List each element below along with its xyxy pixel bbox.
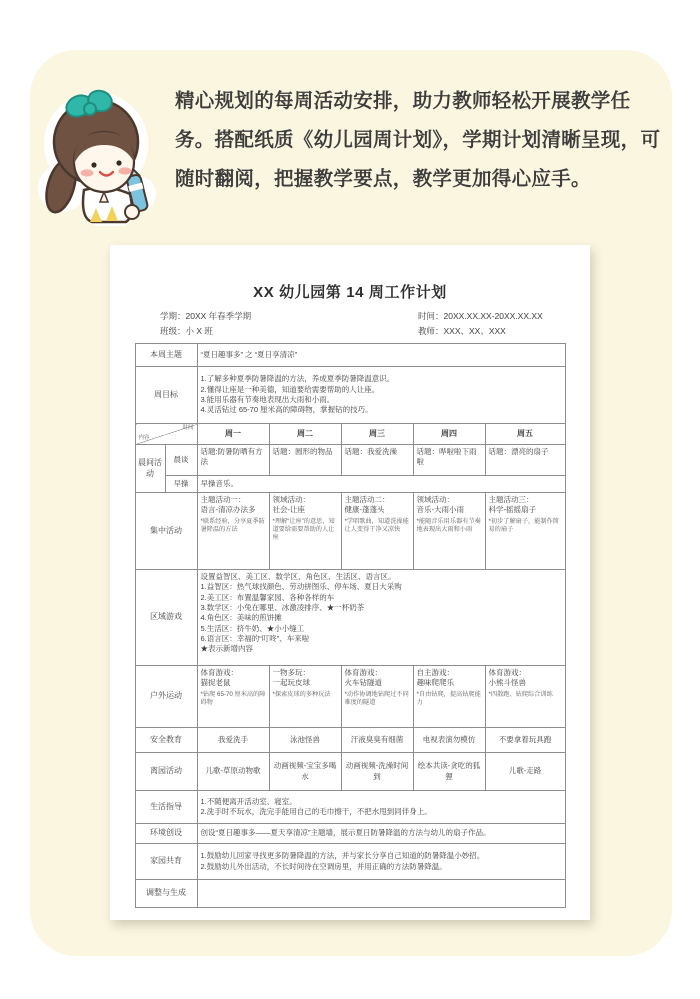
corner-header-cell: 时间 内容 — [135, 424, 197, 445]
cell-outdoor-tuesday: 一物多玩： 一起玩皮球 *探索皮球的多种玩法 — [269, 666, 341, 728]
day-header-wednesday: 周三 — [341, 424, 413, 445]
row-environment-setup: 环境创设 创设“夏日趣事多——夏天享清凉”主题墙，展示夏日防暑降温的方法与幼儿的… — [135, 824, 565, 844]
cell-focus-wednesday: 主题活动二： 健康-蓬蓬头 *学唱歌曲，知道洗澡能让人变得干净又凉快 — [341, 493, 413, 570]
focus-monday-title: 主题活动一： 语言-清凉办法多 — [201, 495, 266, 516]
document-meta: 学期：20XX 年春季学期 时间：20XX.XX.XX-20XX.XX.XX 班… — [110, 309, 590, 339]
focus-friday-note: *初步了解扇子，能制作简易的扇子 — [489, 518, 562, 534]
cell-safety-friday: 不要拿着玩具跑 — [485, 728, 565, 753]
sublabel-morning-exercise: 早操 — [165, 476, 197, 493]
outdoor-thursday-note: *自由钻爬，提高钻爬能力 — [417, 691, 482, 707]
focus-thursday-note: *能随音乐用乐器有节奏地表现出大雨和小雨 — [417, 518, 482, 534]
outdoor-thursday-title: 自主游戏： 趣味爬爬乐 — [417, 668, 482, 689]
girl-illustration-svg — [34, 84, 156, 226]
day-header-friday: 周五 — [485, 424, 565, 445]
cell-outdoor-monday: 体育游戏： 猫捉老鼠 *钻爬 65-70 厘米高的障碍物 — [197, 666, 269, 728]
label-life-guidance: 生活指导 — [135, 791, 197, 824]
cell-leave-tuesday: 动画视频-宝宝多喝水 — [269, 753, 341, 791]
row-week-theme: 本周主题 “夏日趣事多” 之 “夏日享清凉” — [135, 344, 565, 367]
label-morning-activity: 晨间活动 — [135, 445, 165, 493]
cell-chat-thursday: 话题：哗啦啦下雨啦 — [413, 445, 485, 476]
label-focus-activity: 集中活动 — [135, 493, 197, 570]
row-area-games: 区域游戏 设置益智区、美工区、数学区、角色区、生活区、语言区。 1.益智区：热气… — [135, 570, 565, 666]
cell-week-goals: 1.了解多种夏季防暑降温的方法，养成夏季防暑降温意识。 2.懂得让座是一种美德，… — [197, 367, 565, 424]
outdoor-tuesday-title: 一物多玩： 一起玩皮球 — [273, 668, 338, 689]
cell-outdoor-friday: 体育游戏： 小熊斗怪兽 *四散跑、钻爬综合训练 — [485, 666, 565, 728]
cell-focus-thursday: 领域活动： 音乐-大雨小雨 *能随音乐用乐器有节奏地表现出大雨和小雨 — [413, 493, 485, 570]
row-safety-education: 安全教育 我爱洗手 泳池怪兽 汗液臭臭有细菌 电视表演勿模仿 不要拿着玩具跑 — [135, 728, 565, 753]
day-header-thursday: 周四 — [413, 424, 485, 445]
cell-week-theme: “夏日趣事多” 之 “夏日享清凉” — [197, 344, 565, 367]
row-home-cooperation: 家园共育 1.鼓励幼儿回家寻找更多防暑降温的方法，并与家长分享自己知道的防暑降温… — [135, 844, 565, 880]
outdoor-monday-note: *钻爬 65-70 厘米高的障碍物 — [201, 691, 266, 707]
cell-adjustment — [197, 880, 565, 908]
sublabel-morning-chat: 晨谈 — [165, 445, 197, 476]
row-adjustment: 调整与生成 — [135, 880, 565, 908]
corner-label-content: 内容 — [139, 435, 150, 443]
cell-chat-tuesday: 话题：圆形的物品 — [269, 445, 341, 476]
cell-leave-friday: 儿歌-走路 — [485, 753, 565, 791]
label-safety-education: 安全教育 — [135, 728, 197, 753]
cell-life-guidance: 1.不随便离开活动室、寝室。 2.洗手时不玩水，洗完手能用自己的毛巾擦干，不把水… — [197, 791, 565, 824]
focus-monday-note: *联系经验，分享夏季防暑降温的方法 — [201, 518, 266, 534]
cell-leave-thursday: 绘本共读-贪吃的狐狸 — [413, 753, 485, 791]
row-outdoor-sports: 户外运动 体育游戏： 猫捉老鼠 *钻爬 65-70 厘米高的障碍物 一物多玩： … — [135, 666, 565, 728]
cell-safety-tuesday: 泳池怪兽 — [269, 728, 341, 753]
focus-tuesday-title: 领域活动： 社会-让座 — [273, 495, 338, 516]
cell-home-cooperation: 1.鼓励幼儿回家寻找更多防暑降温的方法，并与家长分享自己知道的防暑降温小妙招。 … — [197, 844, 565, 880]
row-life-guidance: 生活指导 1.不随便离开活动室、寝室。 2.洗手时不玩水，洗完手能用自己的毛巾擦… — [135, 791, 565, 824]
row-morning-exercise: 早操 早操音乐。 — [135, 476, 565, 493]
cell-chat-monday: 话题:防暑防晒有方法 — [197, 445, 269, 476]
cell-safety-wednesday: 汗液臭臭有细菌 — [341, 728, 413, 753]
cell-safety-monday: 我爱洗手 — [197, 728, 269, 753]
document-title: XX 幼儿园第 14 周工作计划 — [110, 284, 590, 302]
cell-leave-monday: 儿歌-草原动物歌 — [197, 753, 269, 791]
cell-chat-wednesday: 话题：我爱洗澡 — [341, 445, 413, 476]
focus-thursday-title: 领域活动： 音乐-大雨小雨 — [417, 495, 482, 516]
cell-focus-friday: 主题活动三： 科学-摇摇扇子 *初步了解扇子，能制作简易的扇子 — [485, 493, 565, 570]
meta-semester: 学期：20XX 年春季学期 — [160, 309, 418, 324]
cell-focus-tuesday: 领域活动： 社会-让座 *理解“让座”的意思，知道要给需要帮助的人让座 — [269, 493, 341, 570]
label-area-games: 区域游戏 — [135, 570, 197, 666]
focus-friday-title: 主题活动三： 科学-摇摇扇子 — [489, 495, 562, 516]
focus-wednesday-title: 主题活动二： 健康-蓬蓬头 — [345, 495, 410, 516]
label-home-cooperation: 家园共育 — [135, 844, 197, 880]
focus-wednesday-note: *学唱歌曲，知道洗澡能让人变得干净又凉快 — [345, 518, 410, 534]
day-header-tuesday: 周二 — [269, 424, 341, 445]
label-leaving-activity: 离园活动 — [135, 753, 197, 791]
cell-morning-exercise: 早操音乐。 — [197, 476, 565, 493]
meta-row-2: 班级：小 X 班 教师：XXX、XX、XXX — [110, 324, 590, 339]
weekly-plan-table: 本周主题 “夏日趣事多” 之 “夏日享清凉” 周目标 1.了解多种夏季防暑降温的… — [135, 343, 566, 908]
row-leaving-activity: 离园活动 儿歌-草原动物歌 动画视频-宝宝多喝水 动画视频-洗澡时间到 绘本共读… — [135, 753, 565, 791]
outdoor-tuesday-note: *探索皮球的多种玩法 — [273, 691, 338, 699]
label-outdoor-sports: 户外运动 — [135, 666, 197, 728]
row-week-goals: 周目标 1.了解多种夏季防暑降温的方法，养成夏季防暑降温意识。 2.懂得让座是一… — [135, 367, 565, 424]
meta-time: 时间：20XX.XX.XX-20XX.XX.XX — [418, 309, 578, 324]
outdoor-wednesday-note: *动作协调地钻爬过不同难度的隧道 — [345, 691, 410, 707]
cell-outdoor-wednesday: 体育游戏： 火车钻隧道 *动作协调地钻爬过不同难度的隧道 — [341, 666, 413, 728]
page: 精心规划的每周活动安排，助力教师轻松开展教学任务。搭配纸质《幼儿园周计划》，学期… — [0, 0, 700, 999]
label-environment-setup: 环境创设 — [135, 824, 197, 844]
day-header-monday: 周一 — [197, 424, 269, 445]
outdoor-monday-title: 体育游戏： 猫捉老鼠 — [201, 668, 266, 689]
intro-text: 精心规划的每周活动安排，助力教师轻松开展教学任务。搭配纸质《幼儿园周计划》，学期… — [175, 82, 661, 199]
girl-with-crayon-illustration — [34, 84, 156, 226]
label-week-goals: 周目标 — [135, 367, 197, 424]
label-week-theme: 本周主题 — [135, 344, 197, 367]
outdoor-friday-note: *四散跑、钻爬综合训练 — [489, 691, 562, 699]
outdoor-friday-title: 体育游戏： 小熊斗怪兽 — [489, 668, 562, 689]
meta-row-1: 学期：20XX 年春季学期 时间：20XX.XX.XX-20XX.XX.XX — [110, 309, 590, 324]
cell-focus-monday: 主题活动一： 语言-清凉办法多 *联系经验，分享夏季防暑降温的方法 — [197, 493, 269, 570]
row-focus-activity: 集中活动 主题活动一： 语言-清凉办法多 *联系经验，分享夏季防暑降温的方法 领… — [135, 493, 565, 570]
outdoor-wednesday-title: 体育游戏： 火车钻隧道 — [345, 668, 410, 689]
meta-class: 班级：小 X 班 — [160, 324, 418, 339]
cell-safety-thursday: 电视表演勿模仿 — [413, 728, 485, 753]
cell-leave-wednesday: 动画视频-洗澡时间到 — [341, 753, 413, 791]
cell-chat-friday: 话题：漂亮的扇子 — [485, 445, 565, 476]
label-adjustment: 调整与生成 — [135, 880, 197, 908]
weekly-plan-document: XX 幼儿园第 14 周工作计划 学期：20XX 年春季学期 时间：20XX.X… — [110, 245, 590, 920]
focus-tuesday-note: *理解“让座”的意思，知道要给需要帮助的人让座 — [273, 518, 338, 543]
corner-label-time: 时间 — [182, 425, 193, 433]
row-day-headers: 时间 内容 周一 周二 周三 周四 周五 — [135, 424, 565, 445]
cell-area-games: 设置益智区、美工区、数学区、角色区、生活区、语言区。 1.益智区：热气球找颜色、… — [197, 570, 565, 666]
meta-teachers: 教师：XXX、XX、XXX — [418, 324, 578, 339]
cell-environment-setup: 创设“夏日趣事多——夏天享清凉”主题墙，展示夏日防暑降温的方法与幼儿的扇子作品。 — [197, 824, 565, 844]
row-morning-chat: 晨间活动 晨谈 话题:防暑防晒有方法 话题：圆形的物品 话题：我爱洗澡 话题：哗… — [135, 445, 565, 476]
cell-outdoor-thursday: 自主游戏： 趣味爬爬乐 *自由钻爬，提高钻爬能力 — [413, 666, 485, 728]
